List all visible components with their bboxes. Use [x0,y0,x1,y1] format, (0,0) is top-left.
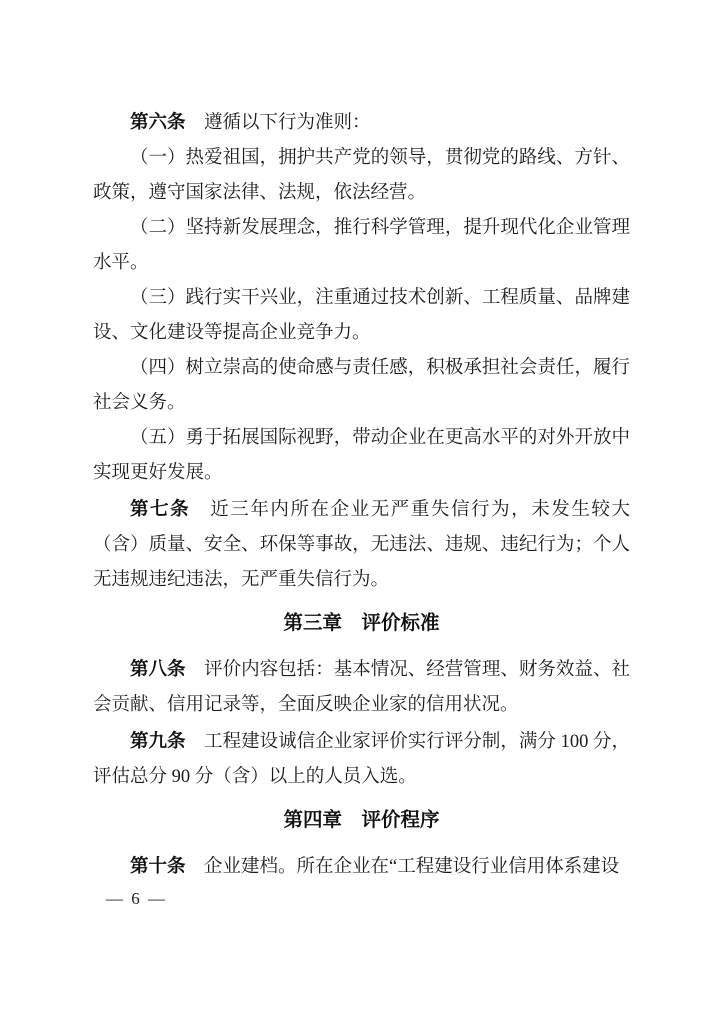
article-9-paragraph: 第九条 工程建设诚信企业家评价实行评分制，满分 100 分，评估总分 90 分（… [93,723,630,795]
chapter-3-heading: 第三章 评价标准 [93,606,630,641]
article-10-text: 企业建档。所在企业在“工程建设行业信用体系建设 [186,857,620,877]
article-10-paragraph: 第十条 企业建档。所在企业在“工程建设行业信用体系建设 [93,848,630,885]
article-10-number: 第十条 [130,855,186,876]
item-4-text: （四）树立崇高的使命感与责任感，积极承担社会责任，履行社会义务。 [93,358,630,413]
document-page: 第六条 遵循以下行为准则： （一）热爱祖国，拥护共产党的领导，贯彻党的路线、方针… [0,0,723,1024]
article-6-text: 遵循以下行为准则： [186,113,371,133]
article-8-paragraph: 第八条 评价内容包括：基本情况、经营管理、财务效益、社会贡献、信用记录等，全面反… [93,651,630,723]
document-body: 第六条 遵循以下行为准则： （一）热爱祖国，拥护共产党的领导，贯彻党的路线、方针… [93,104,630,885]
article-6-item-4: （四）树立崇高的使命感与责任感，积极承担社会责任，履行社会义务。 [93,351,630,421]
item-3-text: （三）践行实干兴业，注重通过技术创新、工程质量、品牌建设、文化建设等提高企业竞争… [93,288,630,343]
article-7-paragraph: 第七条 近三年内所在企业无严重失信行为，未发生较大（含）质量、安全、环保等事故，… [93,491,630,598]
article-6-item-3: （三）践行实干兴业，注重通过技术创新、工程质量、品牌建设、文化建设等提高企业竞争… [93,281,630,351]
article-6-item-1: （一）热爱祖国，拥护共产党的领导，贯彻党的路线、方针、政策，遵守国家法律、法规，… [93,141,630,211]
item-1-text: （一）热爱祖国，拥护共产党的领导，贯彻党的路线、方针、政策，遵守国家法律、法规，… [93,148,630,203]
article-9-number: 第九条 [130,730,186,751]
article-6-item-2: （二）坚持新发展理念，推行科学管理，提升现代化企业管理水平。 [93,211,630,281]
article-7-number: 第七条 [130,498,190,519]
article-6-paragraph: 第六条 遵循以下行为准则： [93,104,630,141]
article-6-number: 第六条 [130,111,186,132]
item-5-text: （五）勇于拓展国际视野，带动企业在更高水平的对外开放中实现更好发展。 [93,428,630,483]
item-2-text: （二）坚持新发展理念，推行科学管理，提升现代化企业管理水平。 [93,218,630,273]
chapter-4-heading: 第四章 评价程序 [93,803,630,838]
article-8-number: 第八条 [130,658,186,679]
page-number: — 6 — [106,886,167,912]
article-6-item-5: （五）勇于拓展国际视野，带动企业在更高水平的对外开放中实现更好发展。 [93,421,630,491]
